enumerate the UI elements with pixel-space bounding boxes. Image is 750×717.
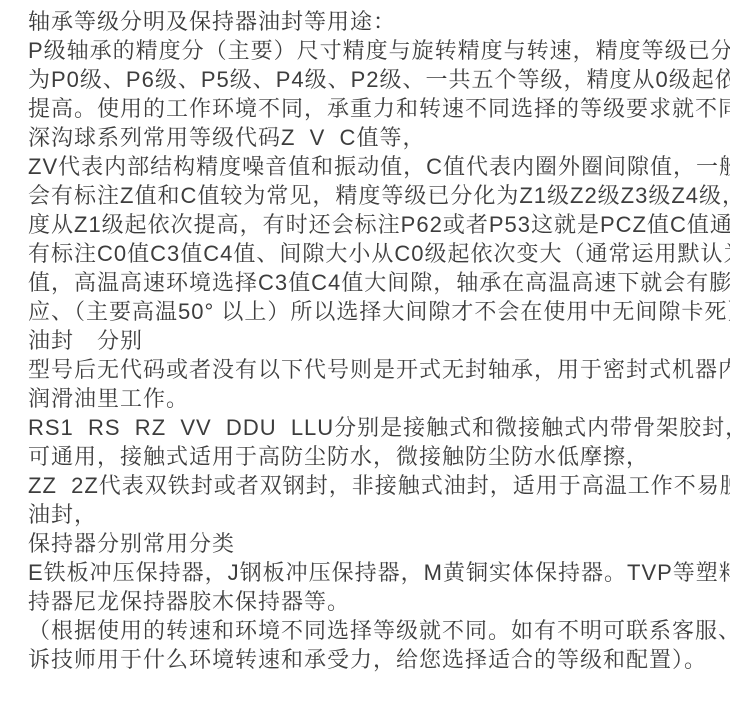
text-line-22: （根据使用的转速和环境不同选择等级就不同。如有不明可联系客服、告 (28, 616, 730, 645)
text-line-11: 应、（主要高温50° 以上）所以选择大间隙才不会在使用中无间隙卡死）。 (28, 297, 730, 326)
text-line-3: 为P0级、P6级、P5级、P4级、P2级、一共五个等级，精度从0级起依次 (28, 65, 730, 94)
text-line-23: 诉技师用于什么环境转速和承受力，给您选择适合的等级和配置）。 (28, 645, 730, 674)
text-line-20: E铁板冲压保持器，J钢板冲压保持器，M黄铜实体保持器。TVP等塑料保 (28, 558, 730, 587)
doc-title-line: 轴承等级分明及保持器油封等用途： (28, 7, 730, 36)
text-line-9: 有标注C0值C3值C4值、间隙大小从C0级起依次变大（通常运用默认为C0 (28, 239, 730, 268)
text-line-2: P级轴承的精度分（主要）尺寸精度与旋转精度与转速，精度等级已分化 (28, 36, 730, 65)
text-line-14: 润滑油里工作。 (28, 384, 730, 413)
oil-seal-subheading-line: 油封 分别 (28, 326, 730, 355)
cage-subheading-line: 保持器分别常用分类 (28, 529, 730, 558)
text-line-8: 度从Z1级起依次提高，有时还会标注P62或者P53这就是PCZ值C值通常会 (28, 210, 730, 239)
text-line-13: 型号后无代码或者没有以下代号则是开式无封轴承，用于密封式机器内部 (28, 355, 730, 384)
text-line-16: 可通用，接触式适用于高防尘防水，微接触防尘防水低摩擦， (28, 442, 730, 471)
text-line-17: ZZ 2Z代表双铁封或者双钢封，非接触式油封，适用于高温工作不易脱落 (28, 471, 730, 500)
text-line-7: 会有标注Z值和C值较为常见，精度等级已分化为Z1级Z2级Z3级Z4级，精 (28, 181, 730, 210)
text-line-21: 持器尼龙保持器胶木保持器等。 (28, 587, 730, 616)
text-line-5: 深沟球系列常用等级代码Z V C值等， (28, 123, 730, 152)
text-line-18: 油封， (28, 500, 730, 529)
text-line-10: 值，高温高速环境选择C3值C4值大间隙，轴承在高温高速下就会有膨胀反 (28, 268, 730, 297)
text-line-6: ZV代表内部结构精度噪音值和振动值，C值代表内圈外圈间隙值，一般都 (28, 152, 730, 181)
text-line-15: RS1 RS RZ VV DDU LLU分别是接触式和微接触式内带骨架胶封，正常… (28, 413, 730, 442)
text-line-4: 提高。使用的工作环境不同，承重力和转速不同选择的等级要求就不同。 (28, 94, 730, 123)
document-page: 轴承等级分明及保持器油封等用途： P级轴承的精度分（主要）尺寸精度与旋转精度与转… (0, 0, 750, 717)
